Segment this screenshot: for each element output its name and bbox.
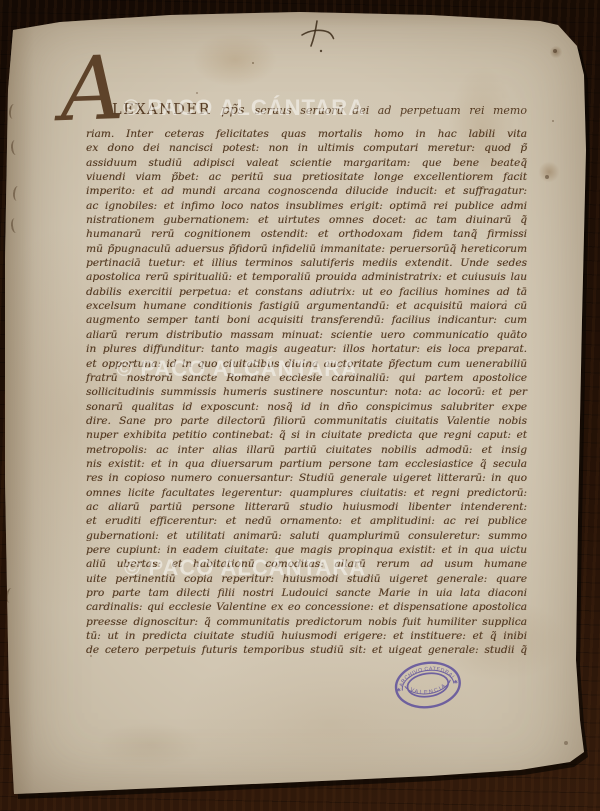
manuscript-line: sollicitudinis summissis humeris sustine… [86, 385, 527, 399]
manuscript-page: A LEXANDER pp̃s seruus seruorū dei ad pe… [0, 0, 600, 811]
manuscript-line: excelsum humane conditionis fastigiū arg… [86, 299, 527, 313]
manuscript-line: nis existit: et in qua diuersarum partiu… [86, 457, 527, 471]
watermark-text: © PACO ALCÁNTARA [123, 95, 365, 121]
manuscript-line: pro parte tam dilecti filii nostri Ludou… [86, 586, 527, 600]
manuscript-line: pertinaciā tuetur: et illius terminos sa… [86, 256, 527, 270]
manuscript-line: nistrationem gubernationem: et uirtutes … [86, 213, 527, 227]
manuscript-line: omnes licite facultates legerentur: quam… [86, 486, 527, 500]
manuscript-line: res in copioso numero conuersantur: Stud… [86, 471, 527, 485]
watermark-text: © PACO ALCÁNTARA [116, 356, 358, 382]
manuscript-line: tū: ut in predicta ciuitate studiū huius… [86, 629, 527, 643]
manuscript-line: metropolis: ac inter alias illarū partiū… [86, 443, 527, 457]
manuscript-line: ac ignobiles: et infimo loco natos insub… [86, 199, 527, 213]
manuscript-photo: A LEXANDER pp̃s seruus seruorū dei ad pe… [0, 0, 600, 811]
binding-stitch-mark [10, 218, 21, 234]
binding-stitch-mark [12, 186, 22, 202]
archive-oval-stamp: ARCHIVO CATEDRAL VALENCIA ✱ ✱ [389, 655, 468, 717]
manuscript-line: assiduum studiū adipisci valeat scientie… [86, 156, 527, 170]
stamp-left-star: ✱ [396, 687, 401, 694]
cross-mark-icon [298, 16, 338, 56]
manuscript-line: de cetero perpetuis futuris temporibus s… [86, 643, 527, 657]
manuscript-line: dabilis exercitii perpetua: et constans … [86, 285, 527, 299]
manuscript-line: aliarū rerum distributio massam minuat: … [86, 328, 527, 342]
manuscript-line: dire. Sane pro parte dilectorū filiorū c… [86, 414, 527, 428]
binding-stitch-mark [8, 104, 19, 120]
manuscript-line: ac aliarū partiū persone litterarū studi… [86, 500, 527, 514]
manuscript-line: imperito: et ad mundi arcana cognoscenda… [86, 184, 527, 198]
manuscript-line: humanarū rerū cognitionem ostendit: et o… [86, 227, 527, 241]
manuscript-line: cardinalis: qui ecclesie Valentine ex eo… [86, 600, 527, 614]
manuscript-line: apostolica rerū spiritualiū: et temporal… [86, 270, 527, 284]
manuscript-line: nuper exhibita petitio continebat: q̃ si… [86, 428, 527, 442]
manuscript-line: viuendi viam p̃bet: ac peritū sua pretio… [86, 170, 527, 184]
stamp-right-star: ✱ [453, 679, 458, 686]
manuscript-line: gubernationi: et utilitati animarū: salu… [86, 529, 527, 543]
watermark-text: © PACO ALCÁNTARA [124, 555, 366, 581]
manuscript-line: augmento semper tanti boni acquisiti tra… [86, 313, 527, 327]
manuscript-line: ex dono dei nancisci potest: non in ulti… [86, 141, 527, 155]
manuscript-line: in plures diffunditur: tanto magis augea… [86, 342, 527, 356]
manuscript-line: preesse dignoscitur: q̃ communitatis pre… [86, 615, 527, 629]
manuscript-line: sonarū qualitas id exposcunt: nosq̃ id i… [86, 400, 527, 414]
manuscript-line: riam. Inter ceteras felicitates quas mor… [86, 127, 527, 141]
manuscript-line: mū p̃pugnaculū aduersus p̃fidorū infidel… [86, 242, 527, 256]
manuscript-line: et eruditi efficerentur: et nedū ornamen… [86, 514, 527, 528]
binding-stitch-mark [10, 140, 20, 156]
